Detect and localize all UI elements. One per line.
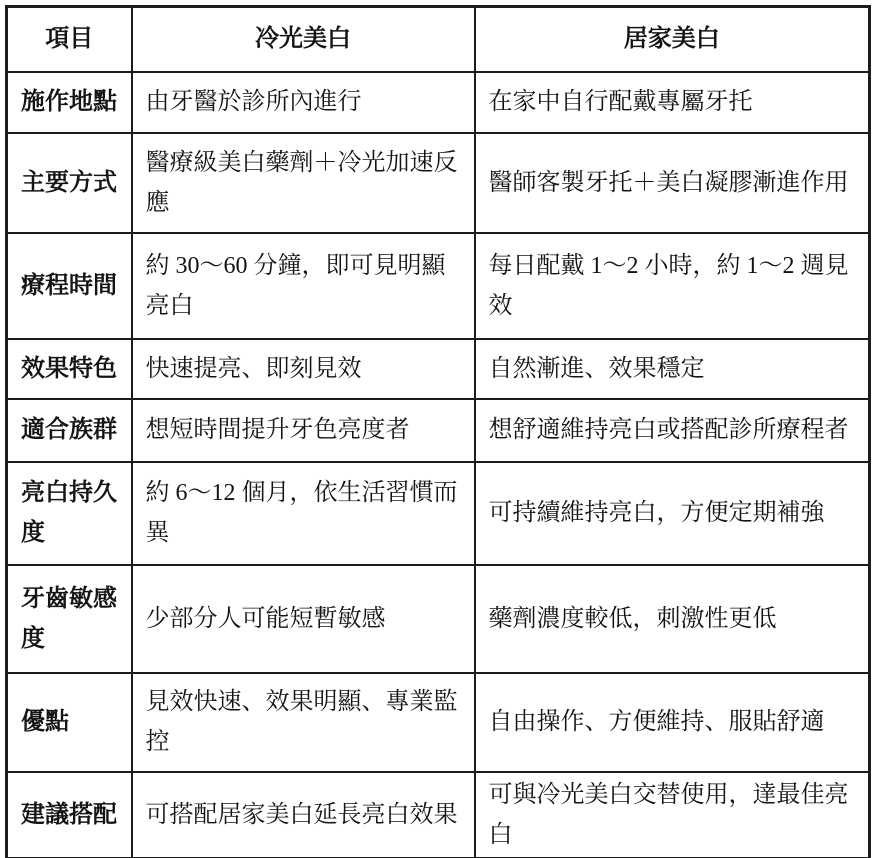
cold-light-cell: 少部分人可能短暫敏感 [132,565,475,673]
table-row-method: 主要方式 醫療級美白藥劑＋冷光加速反應 醫師客製牙托＋美白凝膠漸進作用 [7,133,870,233]
table-row-effect: 效果特色 快速提亮、即刻見效 自然漸進、效果穩定 [7,339,870,399]
row-label: 適合族群 [7,399,132,462]
home-cell: 可與冷光美白交替使用，達最佳亮白 [475,772,870,858]
row-label: 優點 [7,673,132,772]
table-row-persistence: 亮白持久度 約 6～12 個月，依生活習慣而異 可持續維持亮白，方便定期補強 [7,462,870,565]
row-label: 施作地點 [7,72,132,133]
table-row-suitable-group: 適合族群 想短時間提升牙色亮度者 想舒適維持亮白或搭配診所療程者 [7,399,870,462]
home-cell: 自然漸進、效果穩定 [475,339,870,399]
table-row-sensitivity: 牙齒敏感度 少部分人可能短暫敏感 藥劑濃度較低，刺激性更低 [7,565,870,673]
home-cell: 醫師客製牙托＋美白凝膠漸進作用 [475,133,870,233]
row-label: 主要方式 [7,133,132,233]
table-row-recommended-pairing: 建議搭配 可搭配居家美白延長亮白效果 可與冷光美白交替使用，達最佳亮白 [7,772,870,858]
table-row-location: 施作地點 由牙醫於診所內進行 在家中自行配戴專屬牙托 [7,72,870,133]
cold-light-cell: 約 30～60 分鐘，即可見明顯亮白 [132,233,475,339]
cold-light-cell: 可搭配居家美白延長亮白效果 [132,772,475,858]
row-label: 效果特色 [7,339,132,399]
row-label: 亮白持久度 [7,462,132,565]
cold-light-cell: 想短時間提升牙色亮度者 [132,399,475,462]
home-cell: 藥劑濃度較低，刺激性更低 [475,565,870,673]
home-cell: 在家中自行配戴專屬牙托 [475,72,870,133]
row-label: 療程時間 [7,233,132,339]
home-cell: 想舒適維持亮白或搭配診所療程者 [475,399,870,462]
cold-light-cell: 見效快速、效果明顯、專業監控 [132,673,475,772]
home-cell: 可持續維持亮白，方便定期補強 [475,462,870,565]
cold-light-cell: 由牙醫於診所內進行 [132,72,475,133]
row-label: 建議搭配 [7,772,132,858]
table-row-advantages: 優點 見效快速、效果明顯、專業監控 自由操作、方便維持、服貼舒適 [7,673,870,772]
cold-light-cell: 快速提亮、即刻見效 [132,339,475,399]
header-cold-light-whitening: 冷光美白 [132,7,475,72]
home-cell: 自由操作、方便維持、服貼舒適 [475,673,870,772]
header-home-whitening: 居家美白 [475,7,870,72]
table-header-row: 項目 冷光美白 居家美白 [7,7,870,72]
cold-light-cell: 約 6～12 個月，依生活習慣而異 [132,462,475,565]
row-label: 牙齒敏感度 [7,565,132,673]
home-cell: 每日配戴 1～2 小時，約 1～2 週見效 [475,233,870,339]
cold-light-cell: 醫療級美白藥劑＋冷光加速反應 [132,133,475,233]
document-page: 項目 冷光美白 居家美白 施作地點 由牙醫於診所內進行 在家中自行配戴專屬牙托 … [0,0,875,858]
table-row-duration: 療程時間 約 30～60 分鐘，即可見明顯亮白 每日配戴 1～2 小時，約 1～… [7,233,870,339]
whitening-comparison-table: 項目 冷光美白 居家美白 施作地點 由牙醫於診所內進行 在家中自行配戴專屬牙托 … [5,5,871,858]
header-item: 項目 [7,7,132,72]
